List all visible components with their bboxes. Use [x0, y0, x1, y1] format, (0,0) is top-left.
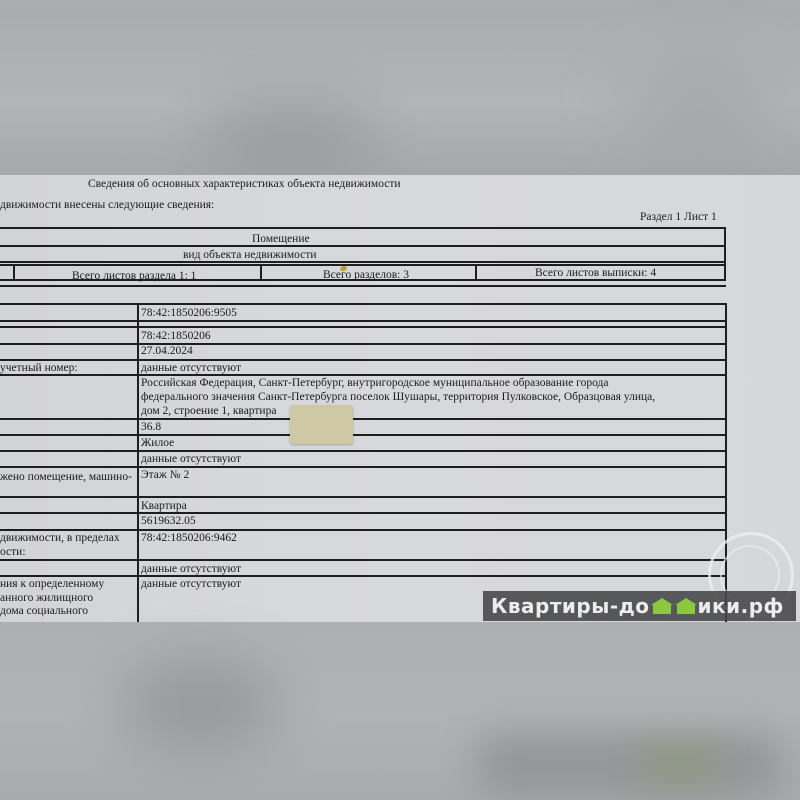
table-border: [724, 227, 726, 279]
document-title: Сведения об основных характеристиках объ…: [88, 178, 401, 191]
assignment-date: 27.04.2024: [141, 345, 193, 358]
table-border: [0, 496, 726, 498]
cadastral-quarter: 78:42:1850206: [141, 330, 211, 343]
blur-shadow: [620, 60, 780, 160]
housing-value: данные отсутствуют: [141, 578, 241, 591]
table-border: [0, 359, 726, 361]
table-border: [13, 264, 15, 279]
table-border: [0, 343, 726, 345]
table-border: [0, 279, 726, 281]
blur-shadow: [120, 660, 280, 750]
parent-object-number: 78:42:1850206:9462: [141, 532, 237, 545]
table-border: [475, 264, 477, 279]
table-border: [0, 264, 726, 266]
table-border: [0, 320, 726, 322]
area-value: 36.8: [141, 421, 161, 434]
document-intro: движимости внесены следующие сведения:: [0, 199, 214, 212]
table-border: [0, 227, 726, 229]
address-line-2: федерального значения Санкт-Петербурга п…: [141, 391, 655, 404]
designation-value: данные отсутствуют: [141, 453, 241, 466]
table-border: [0, 326, 726, 328]
section-label: Раздел 1 Лист 1: [640, 211, 717, 224]
table-border: [0, 434, 726, 436]
table-border: [0, 575, 726, 577]
redaction-sticker: [290, 405, 353, 444]
row-label-floor: жено помещение, машино-: [0, 471, 132, 484]
cadastral-value: 5619632.05: [141, 515, 196, 528]
table-border: [0, 466, 726, 468]
cadastral-number: 78:42:1850206:9505: [141, 307, 237, 320]
purpose-value: Жилое: [141, 437, 174, 450]
table-border: [0, 261, 726, 263]
table-border: [0, 245, 726, 247]
row-label-parent-line-1: движимости, в пределах: [0, 532, 120, 545]
sheets-in-section: Всего листов раздела 1: 1: [72, 270, 196, 283]
floor-value: Этаж № 2: [141, 469, 189, 482]
row-label-parent-line-2: ости:: [0, 546, 26, 559]
address-line-3: дом 2, строение 1, квартира: [141, 405, 276, 418]
house-icon: [651, 598, 673, 614]
table-border: [0, 374, 726, 376]
table-border: [0, 285, 726, 287]
address-line-1: Российская Федерация, Санкт-Петербург, в…: [141, 377, 609, 390]
watermark-text-left: Квартиры-до: [491, 594, 650, 618]
table-border: [0, 512, 726, 514]
row-label-housing-line-3: дома социального: [0, 605, 88, 618]
site-watermark: Квартиры-до ики.рф: [483, 591, 796, 621]
table-border: [0, 559, 726, 561]
blur-shadow: [480, 735, 780, 795]
table-border: [0, 418, 726, 420]
house-icon: [675, 598, 697, 614]
blur-shadow: [200, 100, 380, 180]
blur-shadow: [640, 745, 720, 785]
row-label-housing-line-2: анного жилищного: [0, 592, 93, 605]
table-border: [0, 450, 726, 452]
table-border: [0, 303, 726, 305]
table-border: [0, 529, 726, 531]
table-border: [260, 264, 262, 279]
watermark-text-right: ики.рф: [698, 594, 784, 618]
row-label-housing-line-1: ния к определенному: [0, 578, 104, 591]
